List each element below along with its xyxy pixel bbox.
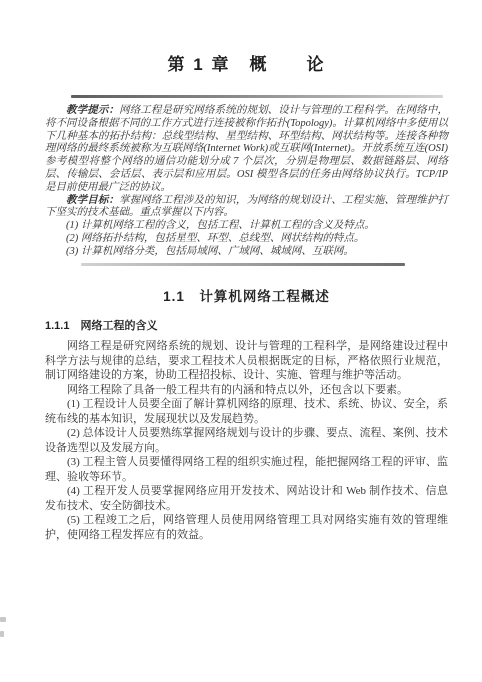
body-paragraph: (1) 工程设计人员要全面了解计算机网络的原理、技术、系统、协议、安全，系统布线… <box>45 397 448 426</box>
teaching-goals-label: 教学目标： <box>66 195 119 206</box>
section-divider <box>81 263 405 267</box>
body-paragraph: (4) 工程开发人员要掌握网络应用开发技术、网站设计和 Web 制作技术、信息发… <box>45 484 448 513</box>
body-paragraph: (5) 工程竣工之后，网络管理人员使用网络管理工具对网络实施有效的管理维护，使网… <box>45 513 448 542</box>
chapter-title: 第 1 章 概 论 <box>45 50 448 75</box>
teaching-goals-paragraph: 教学目标：掌握网络工程涉及的知识，为网络的规划设计、工程实施、管理维护打下坚实的… <box>45 195 448 221</box>
teaching-tips-text: 网络工程是研究网络系统的规划、设计与管理的工程科学。在网络中，将不同设备根据不同… <box>45 105 448 193</box>
teaching-tips-block: 教学提示：网络工程是研究网络系统的规划、设计与管理的工程科学。在网络中，将不同设… <box>45 105 448 259</box>
teaching-goals-item: (3) 计算机网络分类，包括局域网、广域网、城域网、互联网。 <box>45 246 448 259</box>
teaching-tips-paragraph: 教学提示：网络工程是研究网络系统的规划、设计与管理的工程科学。在网络中，将不同设… <box>45 105 448 195</box>
body-text-block: 网络工程是研究网络系统的规划、设计与管理的工程科学，是网络建设过程中科学方法与规… <box>45 339 448 542</box>
section-title: 1.1 计算机网络工程概述 <box>45 285 448 305</box>
body-paragraph: (2) 总体设计人员要熟练掌握网络规划与设计的步骤、要点、流程、案例、技术设备选… <box>45 426 448 455</box>
teaching-goals-item: (2) 网络拓扑结构，包括星型、环型、总线型、网状结构的特点。 <box>45 233 448 246</box>
subsection-title: 1.1.1 网络工程的含义 <box>45 317 448 333</box>
title-divider <box>71 95 443 98</box>
body-paragraph: 网络工程是研究网络系统的规划、设计与管理的工程科学，是网络建设过程中科学方法与规… <box>45 339 448 383</box>
teaching-tips-label: 教学提示： <box>66 105 119 116</box>
scan-artifact <box>0 631 4 637</box>
scan-artifact <box>0 617 6 622</box>
body-paragraph: (3) 工程主管人员要懂得网络工程的组织实施过程，能把握网络工程的评审、监理、验… <box>45 455 448 484</box>
body-paragraph: 网络工程除了具备一般工程共有的内涵和特点以外，还包含以下要素。 <box>45 383 448 398</box>
teaching-goals-item: (1) 计算机网络工程的含义，包括工程、计算机工程的含义及特点。 <box>45 220 448 233</box>
book-page: 第 1 章 概 论 教学提示：网络工程是研究网络系统的规划、设计与管理的工程科学… <box>0 0 482 682</box>
